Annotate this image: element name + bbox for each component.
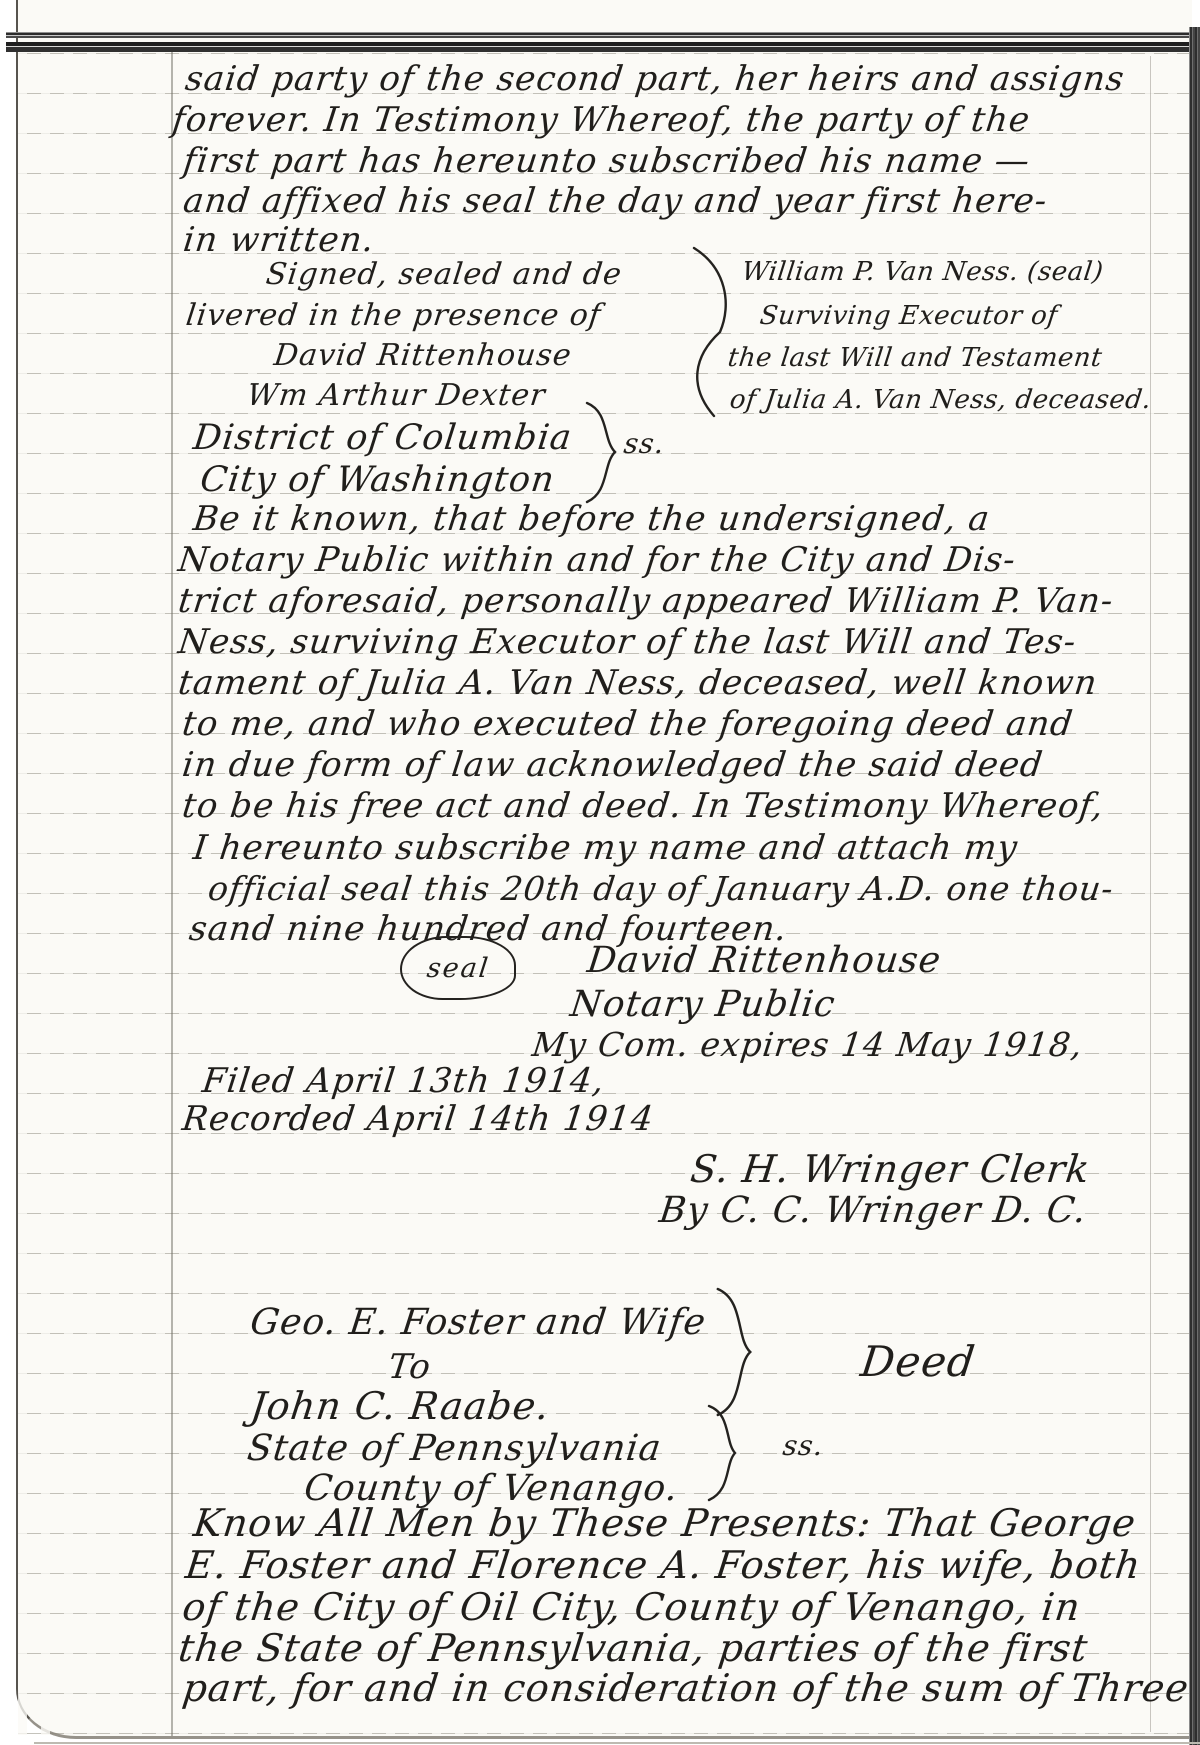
notary-signature: David Rittenhouse — [585, 940, 944, 981]
deed2-body-line: E. Foster and Florence A. Foster, his wi… — [183, 1544, 1144, 1588]
venue-ss-label: ss. — [622, 428, 667, 460]
venue-city: City of Washington — [198, 460, 557, 500]
book-binding-edge — [1189, 27, 1200, 1745]
acknowledgment-line: trict aforesaid, personally appeared Wil… — [176, 582, 1116, 621]
witness-line: Signed, sealed and de — [264, 258, 624, 293]
acknowledgment-line: tament of Julia A. Van Ness, deceased, w… — [176, 664, 1100, 703]
acknowledgment-line: Be it known, that before the undersigned… — [191, 500, 992, 539]
witness-signature: Wm Arthur Dexter — [245, 379, 548, 414]
commission-expiry-note: My Com. expires 14 May 1918, — [530, 1026, 1085, 1064]
venue-brace — [583, 400, 621, 505]
caption-parties-brace — [708, 1286, 760, 1418]
executor-title-line: the last Will and Testament — [726, 344, 1104, 374]
deed1-closing-line: in written. — [181, 221, 377, 260]
notary-title: Notary Public — [568, 984, 838, 1025]
to-label: To — [386, 1348, 433, 1387]
instrument-type-label: Deed — [858, 1338, 978, 1386]
clerk-signature: S. H. Wringer Clerk — [688, 1148, 1093, 1192]
deed2-body-line: the State of Pennsylvania, parties of th… — [176, 1627, 1091, 1671]
caption-venue-brace — [700, 1404, 746, 1502]
deed1-closing-line: and affixed his seal the day and year fi… — [181, 182, 1050, 221]
grantee-name: John C. Raabe. — [248, 1385, 552, 1429]
acknowledgment-line: Notary Public within and for the City an… — [176, 541, 1018, 580]
deed1-closing-line: forever. In Testimony Whereof, the party… — [170, 101, 1032, 140]
venue-district: District of Columbia — [191, 418, 574, 458]
deed1-closing-line: said party of the second part, her heirs… — [183, 60, 1127, 99]
grantor-name: Geo. E. Foster and Wife — [248, 1302, 708, 1343]
deed2-body-line: of the City of Oil City, County of Venan… — [180, 1586, 1083, 1630]
acknowledgment-line: in due form of law acknowledged the said… — [180, 746, 1045, 785]
filed-note: Filed April 13th 1914, — [200, 1062, 607, 1101]
witness-line: livered in the presence of — [184, 299, 603, 334]
acknowledgment-line: to be his free act and deed. In Testimon… — [180, 787, 1106, 826]
deed1-closing-line: first part has hereunto subscribed his n… — [181, 142, 1032, 181]
acknowledgment-line: to me, and who executed the foregoing de… — [180, 705, 1075, 744]
acknowledgment-line: official seal this 20th day of January A… — [206, 870, 1116, 908]
recorded-note: Recorded April 14th 1914 — [180, 1100, 656, 1139]
acknowledgment-line: Ness, surviving Executor of the last Wil… — [176, 623, 1079, 662]
executor-signature: William P. Van Ness. (seal) — [740, 258, 1105, 288]
deed2-body-line: Know All Men by These Presents: That Geo… — [191, 1502, 1139, 1546]
left-margin-rule — [171, 50, 173, 1736]
acknowledgment-line: I hereunto subscribe my name and attach … — [191, 829, 1020, 868]
page-header-rule-top — [6, 32, 1190, 38]
caption-venue-state: State of Pennsylvania — [245, 1428, 664, 1469]
executor-title-line: of Julia A. Van Ness, deceased. — [728, 386, 1153, 416]
deed2-body-line: part, for and in consideration of the su… — [180, 1667, 1192, 1711]
deputy-clerk-signature: By C. C. Wringer D. C. — [657, 1190, 1089, 1231]
page-header-rule-bottom — [6, 42, 1190, 52]
notary-seal-label: seal — [425, 953, 491, 984]
page-bottom-edge-line — [34, 1742, 1200, 1744]
executor-title-line: Surviving Executor of — [758, 302, 1059, 332]
scanned-deed-record-page: said party of the second part, her heirs… — [0, 0, 1200, 1745]
right-margin-rule — [1150, 56, 1151, 1732]
caption-ss-label: ss. — [781, 1430, 826, 1462]
witness-signature: David Rittenhouse — [272, 339, 574, 374]
notary-seal-stamp: seal — [400, 936, 516, 1000]
